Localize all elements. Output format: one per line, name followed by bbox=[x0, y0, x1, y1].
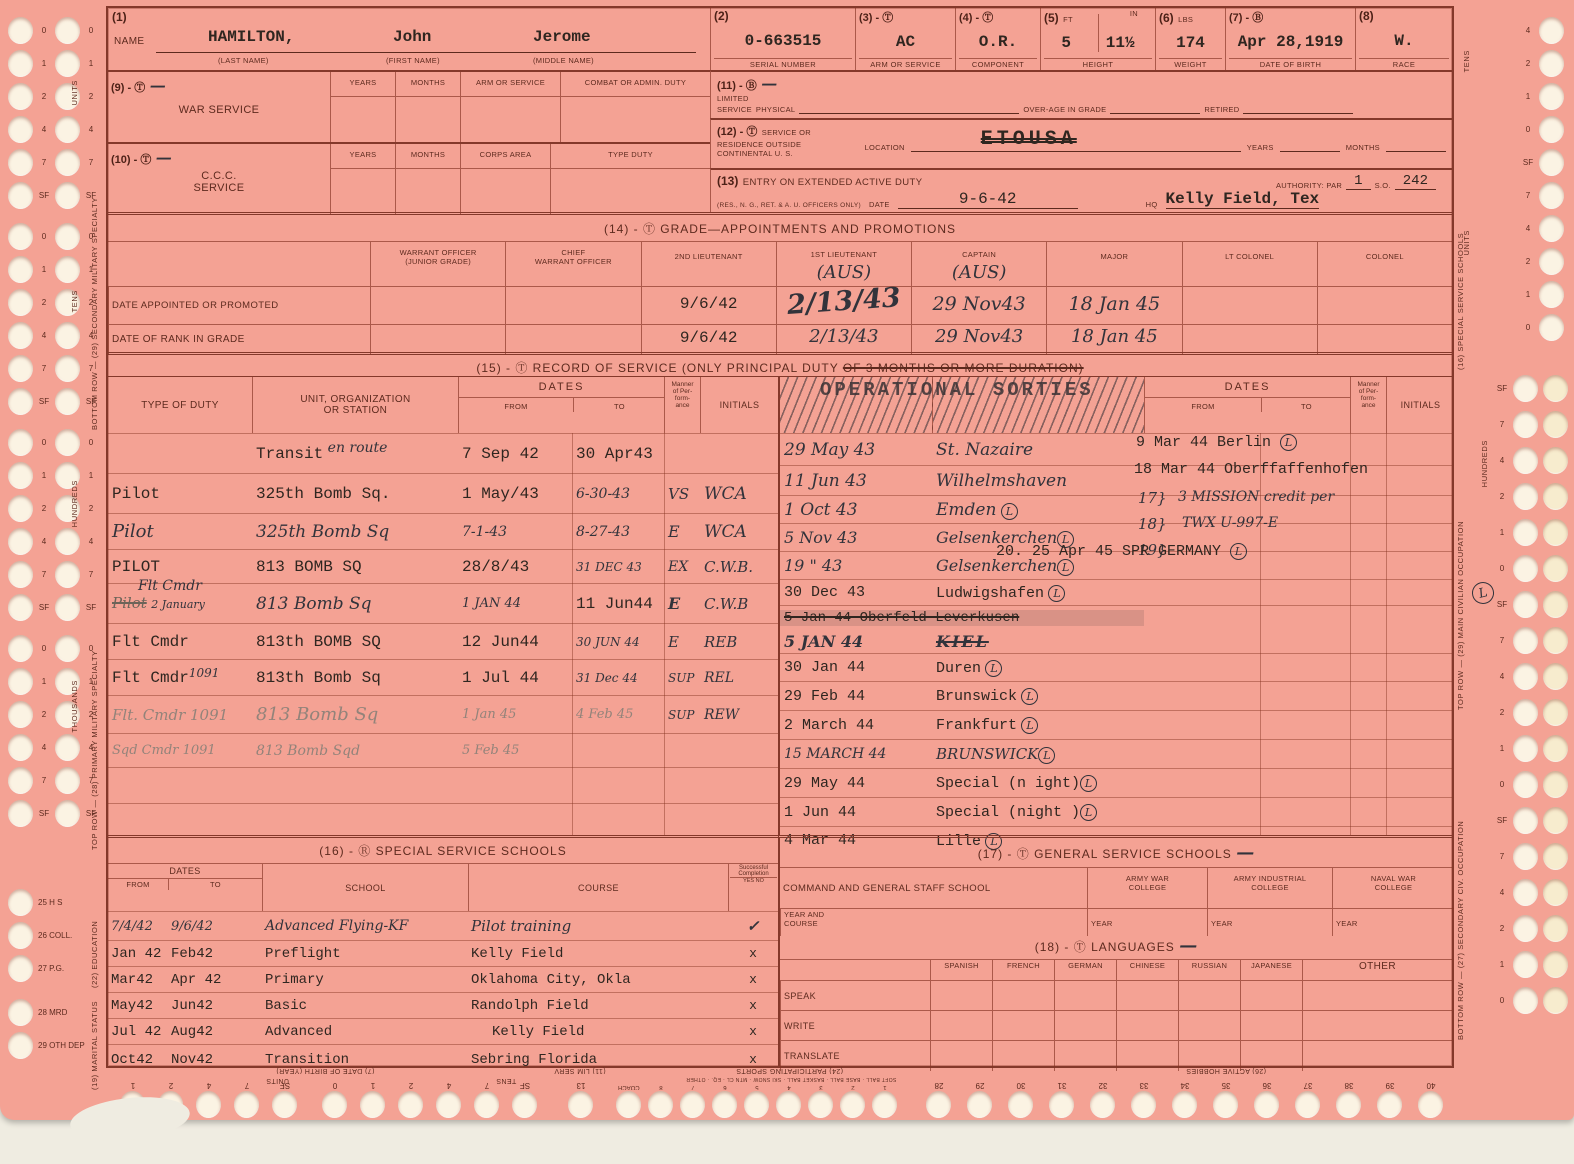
weight-field: (6) LBS 174 WEIGHT bbox=[1155, 8, 1225, 70]
ccc-title-line1: C.C.C. bbox=[111, 170, 327, 182]
hole-digit: SF bbox=[1496, 816, 1508, 825]
punch-hole bbox=[1213, 1091, 1238, 1118]
bottom-sports-holes: COACH87654321 bbox=[616, 1084, 897, 1118]
performance-value: EX bbox=[664, 559, 700, 575]
circled-l-mark: L bbox=[985, 660, 1002, 677]
war-years-header: YEARS bbox=[330, 72, 395, 96]
field-10-number: (10) - Ⓣ bbox=[111, 154, 151, 166]
rank-major: 18 Jan 45 bbox=[1046, 324, 1181, 354]
punch-hole bbox=[1539, 248, 1564, 275]
punch-hole bbox=[1539, 314, 1564, 341]
from-value: 7 Sep 42 bbox=[458, 445, 572, 463]
punch-hole bbox=[8, 495, 33, 522]
hole-digit: 38 bbox=[1343, 1081, 1355, 1090]
from-value: 12 Jun44 bbox=[458, 633, 572, 651]
sortie-date: 29 May 44 bbox=[780, 775, 932, 792]
punch-hole bbox=[1543, 951, 1568, 978]
hole-digit: 0 bbox=[1522, 323, 1534, 332]
chinese-header: CHINESE bbox=[1116, 960, 1178, 980]
school-to: Feb42 bbox=[168, 946, 262, 962]
speak-row-label: SPEAK bbox=[780, 980, 930, 1010]
cgss-header: COMMAND AND GENERAL STAFF SCHOOL bbox=[780, 868, 1087, 908]
appointed-cwo bbox=[505, 286, 640, 324]
unit-value: 813 BOMB SQ bbox=[252, 558, 458, 576]
rank-ltcol bbox=[1182, 324, 1317, 354]
performance-value: E bbox=[664, 633, 700, 651]
rank-colonel bbox=[1317, 324, 1452, 354]
name-first-value: John bbox=[393, 28, 431, 46]
name-label: NAME bbox=[114, 36, 145, 47]
punch-hole bbox=[1539, 149, 1564, 176]
hq-label: HQ bbox=[1146, 200, 1158, 209]
officer-service-record-card: 0011224477SFSF 0011224477SFSF 0011224477… bbox=[0, 0, 1574, 1120]
appointed-1lt: 2/13/43 bbox=[776, 286, 911, 324]
limited-title-line1: LIMITED bbox=[717, 94, 1446, 103]
sortie-date: 2 March 44 bbox=[780, 717, 932, 734]
punch-hole bbox=[55, 116, 80, 143]
hole-digit: 1 bbox=[127, 1081, 139, 1090]
serial-label: SERIAL NUMBER bbox=[714, 58, 852, 69]
ccc-corps-cell bbox=[460, 168, 550, 214]
hole-digit: 7 bbox=[1496, 420, 1508, 429]
grade-header-1lt-label: 1ST LIEUTENANT bbox=[811, 250, 878, 259]
serial-value: 0-663515 bbox=[714, 32, 852, 50]
punch-hole bbox=[1513, 627, 1538, 654]
performance-value: VS bbox=[664, 485, 700, 503]
lang-cell bbox=[992, 980, 1054, 1010]
punch-hole bbox=[55, 767, 80, 794]
hole-digit: 2 bbox=[1496, 708, 1508, 717]
service-row-pilot-325-hw: Pilot 325th Bomb Sq 7-1-43 8-27-43 E WCA bbox=[108, 513, 778, 549]
punch-hole bbox=[55, 322, 80, 349]
sortie-date: 5 JAN 44 bbox=[780, 632, 932, 651]
field-5-number: (5) bbox=[1044, 11, 1059, 25]
hole-digit: 30 bbox=[1015, 1081, 1027, 1090]
punch-hole bbox=[616, 1091, 641, 1118]
hole-digit: 0 bbox=[38, 232, 50, 241]
hole-digit: 0 bbox=[85, 26, 97, 35]
school-from: Jul 42 bbox=[108, 1024, 168, 1040]
unit-value: Transit bbox=[256, 445, 323, 463]
completion-mark: x bbox=[728, 946, 778, 961]
punch-hole bbox=[55, 355, 80, 382]
date-appointed-row-label: DATE APPOINTED OR PROMOTED bbox=[108, 286, 370, 324]
appointed-2lt: 9/6/42 bbox=[641, 286, 776, 324]
dob-value: Apr 28,1919 bbox=[1229, 33, 1352, 51]
war-arm-header: ARM OR SERVICE bbox=[460, 72, 560, 96]
hole-digit: 36 bbox=[1261, 1081, 1273, 1090]
hw-dash: — bbox=[761, 74, 777, 93]
circled-l-mark: L bbox=[1080, 804, 1097, 821]
left-hundreds-holes: 0011224477SFSF bbox=[0, 426, 97, 624]
school-course: Pilot training bbox=[468, 917, 728, 935]
punch-hole bbox=[1543, 375, 1568, 402]
punch-hole bbox=[1539, 281, 1564, 308]
war-months-cell bbox=[395, 96, 460, 144]
component-value: O.R. bbox=[959, 33, 1037, 51]
punch-hole bbox=[8, 561, 33, 588]
completion-column-header: Successful CompletionYES NO bbox=[728, 864, 778, 911]
punch-hole bbox=[1336, 1091, 1361, 1118]
initials-value: REW bbox=[700, 707, 778, 723]
war-service-title-cell: (9) - Ⓣ — WAR SERVICE bbox=[108, 72, 330, 144]
hole-digit: SF bbox=[1522, 158, 1534, 167]
hole-digit: 35 bbox=[1220, 1081, 1232, 1090]
hole-digit: 2 bbox=[38, 504, 50, 513]
dates-header-label: DATES bbox=[459, 377, 664, 397]
punch-hole bbox=[1543, 555, 1568, 582]
hole-digit: 4 bbox=[38, 125, 50, 134]
punch-hole bbox=[8, 17, 33, 44]
hole-digit: 7 bbox=[38, 158, 50, 167]
unit-value: 813 Bomb Sq bbox=[252, 594, 458, 614]
hole-digit: 40 bbox=[1425, 1081, 1437, 1090]
aus-annotation: (AUS) bbox=[817, 262, 872, 283]
outside-years-blank bbox=[1280, 141, 1340, 152]
arm-field: (3) - Ⓣ AC ARM OR SERVICE bbox=[855, 8, 955, 70]
lang-cell bbox=[1240, 980, 1302, 1010]
hole-digit: 4 bbox=[1522, 26, 1534, 35]
ccc-corps-header: CORPS AREA bbox=[460, 144, 550, 168]
mission-18-number: 18} bbox=[1138, 515, 1167, 533]
school-name: Primary bbox=[262, 972, 468, 988]
record-service-table: TYPE OF DUTY UNIT, ORGANIZATION OR STATI… bbox=[108, 376, 778, 835]
school-from: Jan 42 bbox=[108, 946, 168, 962]
unit-value: 813 Bomb Sqd bbox=[252, 743, 458, 759]
war-duty-cell bbox=[560, 96, 710, 144]
hole-digit: 2 bbox=[1522, 59, 1534, 68]
punch-hole bbox=[8, 429, 33, 456]
punch-hole bbox=[1513, 447, 1538, 474]
lbs-label: LBS bbox=[1178, 15, 1193, 24]
punch-hole bbox=[1513, 483, 1538, 510]
sorties-col-divider bbox=[1350, 433, 1351, 835]
grade-corner-cell bbox=[108, 242, 370, 286]
hole-digit: 25 H S bbox=[38, 898, 78, 907]
hole-digit: COACH bbox=[618, 1084, 640, 1090]
hole-digit: SF bbox=[519, 1081, 531, 1090]
service-row-empty bbox=[108, 803, 778, 836]
punch-hole bbox=[1539, 17, 1564, 44]
punch-hole bbox=[8, 149, 33, 176]
field-13-number: (13) bbox=[717, 174, 738, 188]
school-name: Advanced Flying-KF bbox=[262, 918, 468, 934]
hole-digit: 33 bbox=[1138, 1081, 1150, 1090]
hole-digit: SF bbox=[279, 1081, 291, 1090]
height-inches-value: 11½ bbox=[1106, 34, 1135, 52]
arm-label: ARM OR SERVICE bbox=[859, 58, 952, 69]
punch-hole bbox=[1543, 627, 1568, 654]
initials-value: C.W.B. bbox=[700, 558, 778, 576]
punch-hole bbox=[1543, 879, 1568, 906]
record-col-divider bbox=[572, 433, 573, 835]
punch-hole bbox=[1543, 447, 1568, 474]
mission-17-number: 17} bbox=[1138, 489, 1167, 507]
initials-value: WCA bbox=[700, 484, 778, 504]
left-punch-edge: 0011224477SFSF 0011224477SFSF 0011224477… bbox=[0, 0, 106, 1120]
grade-header-captain-label: CAPTAIN bbox=[962, 250, 996, 259]
sortie-target: Special (n ight) bbox=[936, 775, 1080, 792]
war-arm-cell bbox=[460, 96, 560, 144]
hole-digit: 7 bbox=[241, 1081, 253, 1090]
hole-digit: 2 bbox=[1522, 257, 1534, 266]
sortie-date: 5 Nov 43 bbox=[780, 528, 932, 547]
hole-digit: 0 bbox=[1496, 780, 1508, 789]
oberpfaffenhofen-note: 18 Mar 44 Oberffaffenhofen bbox=[1134, 461, 1368, 478]
initials-value: WCA bbox=[700, 522, 778, 542]
dates-header-label: DATES bbox=[1145, 377, 1350, 397]
mission-credit-note-line1: 3 MISSION credit per bbox=[1178, 489, 1334, 505]
punch-hole bbox=[1543, 915, 1568, 942]
punch-hole bbox=[1418, 1091, 1443, 1118]
hole-digit: 2 bbox=[405, 1081, 417, 1090]
height-label: HEIGHT bbox=[1044, 58, 1152, 69]
punch-hole bbox=[8, 955, 33, 982]
sortie-target: Wilhelmshaven bbox=[932, 471, 1144, 491]
ccc-months-header: MONTHS bbox=[395, 144, 460, 168]
sortie-struck-entry: 5 Jan 44 Oberfeld Leverkusen bbox=[780, 610, 1144, 626]
lang-cell bbox=[930, 1010, 992, 1040]
duty-value: Pilot bbox=[108, 521, 252, 542]
outside-service-section: (12) - Ⓣ SERVICE OR RESIDENCE OUTSIDE CO… bbox=[710, 118, 1452, 168]
hole-digit: 0 bbox=[38, 26, 50, 35]
hole-digit: 1 bbox=[1496, 960, 1508, 969]
retired-blank bbox=[1243, 103, 1353, 114]
school-name: Basic bbox=[262, 998, 468, 1014]
race-label: RACE bbox=[1359, 58, 1449, 69]
limited-title-line2: SERVICE bbox=[717, 105, 752, 114]
punch-hole bbox=[8, 462, 33, 489]
to-value: 31 DEC 43 bbox=[572, 560, 664, 574]
outside-months-blank bbox=[1386, 141, 1446, 152]
sortie-target: St. Nazaire bbox=[932, 440, 1144, 460]
field-12-number: (12) - Ⓣ bbox=[717, 126, 757, 138]
entry-subtitle: (RES., N. G., RET. & A. U. OFFICERS ONLY… bbox=[717, 202, 861, 209]
german-header: GERMAN bbox=[1054, 960, 1116, 980]
sortie-row-struck: 5 Jan 44 Oberfeld Leverkusen bbox=[780, 605, 1452, 629]
grade-title: (14) - Ⓣ GRADE—APPOINTMENTS AND PROMOTIO… bbox=[108, 215, 1452, 241]
sorties-dates-header: DATES FROM TO bbox=[1144, 377, 1350, 433]
to-value: 11 Jun44 bbox=[572, 595, 664, 613]
punch-hole bbox=[1513, 591, 1538, 618]
hole-digit: 4 bbox=[1496, 888, 1508, 897]
grade-header-wo-jg: WARRANT OFFICER (JUNIOR GRADE) bbox=[370, 242, 505, 286]
appointed-major: 18 Jan 45 bbox=[1046, 286, 1181, 324]
left-thousands-label: THOUSANDS bbox=[70, 680, 79, 733]
school-course: Oklahoma City, Okla bbox=[468, 972, 728, 988]
hole-digit: 4 bbox=[1496, 456, 1508, 465]
duty-value: Pilot bbox=[108, 485, 252, 503]
punch-hole bbox=[55, 149, 80, 176]
hole-digit: 2 bbox=[38, 92, 50, 101]
circled-l-mark: L bbox=[1021, 717, 1038, 734]
sorties-col-divider bbox=[1386, 433, 1387, 835]
school-to: Aug42 bbox=[168, 1024, 262, 1040]
left-secondary-specialty-label: BOTTOM ROW — (29) SECONDARY MILITARY SPE… bbox=[90, 70, 99, 430]
school-to: Apr 42 bbox=[168, 972, 262, 988]
hole-digit: 26 COLL. bbox=[38, 931, 78, 940]
punch-hole bbox=[1513, 375, 1538, 402]
hole-digit: 1 bbox=[367, 1081, 379, 1090]
appointed-colonel bbox=[1317, 286, 1452, 324]
punch-hole bbox=[1543, 735, 1568, 762]
punch-hole bbox=[1543, 519, 1568, 546]
lang-cell bbox=[1178, 980, 1240, 1010]
punch-hole bbox=[8, 182, 33, 209]
sortie-date: 30 Dec 43 bbox=[780, 584, 932, 601]
rank-1lt: 2/13/43 bbox=[776, 324, 911, 354]
outside-title-line2: RESIDENCE OUTSIDE bbox=[717, 140, 855, 149]
aus-annotation: (AUS) bbox=[952, 262, 1007, 283]
hole-digit: 2 bbox=[38, 710, 50, 719]
left-marital-holes: 28 MRD29 OTH DEP bbox=[0, 996, 85, 1062]
school-to: Jun42 bbox=[168, 998, 262, 1014]
weight-label: WEIGHT bbox=[1159, 58, 1222, 69]
lang-cell bbox=[1178, 1010, 1240, 1040]
grade-header-captain: CAPTAIN(AUS) bbox=[911, 242, 1046, 286]
from-header: FROM bbox=[1145, 398, 1261, 412]
punch-hole bbox=[840, 1091, 865, 1118]
arm-value: AC bbox=[859, 33, 952, 51]
punch-hole bbox=[967, 1091, 992, 1118]
rank-wo-jg bbox=[370, 324, 505, 354]
active-hobbies-label: (26) ACTIVE HOBBIES bbox=[1186, 1067, 1266, 1074]
languages-corner-cell bbox=[780, 960, 930, 980]
punch-hole bbox=[55, 561, 80, 588]
duty-date-annotation: 2 January bbox=[151, 598, 205, 611]
limited-service-section: (11) - Ⓑ — LIMITED SERVICE PHYSICAL OVER… bbox=[710, 70, 1452, 118]
completion-header-label: Successful Completion bbox=[730, 865, 777, 877]
ccc-service-section: (10) - Ⓣ — C.C.C. SERVICE YEARS MONTHS C… bbox=[108, 142, 710, 212]
punch-hole bbox=[8, 668, 33, 695]
sortie-date: 15 MARCH 44 bbox=[780, 746, 932, 762]
hole-digit: 7 bbox=[38, 364, 50, 373]
from-header: FROM bbox=[459, 398, 573, 412]
war-service-section: (9) - Ⓣ — WAR SERVICE YEARS MONTHS ARM O… bbox=[108, 70, 710, 142]
field-11-number: (11) - Ⓑ bbox=[717, 80, 757, 92]
name-last-value: HAMILTON, bbox=[208, 28, 294, 46]
punch-hole bbox=[55, 388, 80, 415]
punch-hole bbox=[1513, 915, 1538, 942]
to-value: 31 Dec 44 bbox=[572, 671, 664, 685]
from-value: 1 Jan 45 bbox=[458, 707, 572, 722]
right-main-occupation-label: TOP ROW — (29) MAIN CIVILIAN OCCUPATION bbox=[1456, 390, 1465, 710]
hole-digit: 4 bbox=[443, 1081, 455, 1090]
sortie-date: 19 " 43 bbox=[780, 556, 932, 575]
hole-digit: SF bbox=[38, 809, 50, 818]
punch-hole bbox=[1513, 411, 1538, 438]
grade-header-ltcol: LT COLONEL bbox=[1182, 242, 1317, 286]
bottom-lim-serv-hole: 13 bbox=[568, 1081, 593, 1118]
service-row-transit: Transit en route 7 Sep 42 30 Apr43 bbox=[108, 433, 778, 473]
hole-digit: 4 bbox=[1522, 224, 1534, 233]
hq-value: Kelly Field, Tex bbox=[1166, 190, 1320, 209]
punch-hole bbox=[1513, 735, 1538, 762]
from-value: 7-1-43 bbox=[458, 524, 572, 540]
punch-hole bbox=[1513, 843, 1538, 870]
hole-digit: 1 bbox=[38, 265, 50, 274]
schools-dates-label: DATES bbox=[108, 864, 262, 878]
first-name-sublabel: (FIRST NAME) bbox=[386, 56, 440, 65]
punch-hole bbox=[1090, 1091, 1115, 1118]
hole-digit: SF bbox=[1496, 600, 1508, 609]
circled-l-mark: L bbox=[1021, 688, 1038, 705]
war-years-cell bbox=[330, 96, 395, 144]
punch-hole bbox=[8, 256, 33, 283]
operational-sorties-table: DATES FROM TO Manner of Per- form- ance … bbox=[778, 376, 1452, 835]
appointed-1lt-value: 2/13/43 bbox=[786, 282, 902, 321]
school-row: May42 Jun42 Basic Randolph Field x bbox=[108, 992, 778, 1018]
hole-digit: 4 bbox=[38, 537, 50, 546]
grade-header-cwo: CHIEF WARRANT OFFICER bbox=[505, 242, 640, 286]
punch-hole bbox=[1539, 83, 1564, 110]
general-schools-title: (17) - Ⓣ GENERAL SERVICE SCHOOLS bbox=[978, 847, 1232, 861]
punch-hole bbox=[8, 388, 33, 415]
yes-no-label: YES NO bbox=[730, 877, 777, 884]
circled-l-mark: L bbox=[1230, 543, 1247, 560]
bottom-dob-tens-holes: 01247SF bbox=[322, 1081, 537, 1118]
entry-date-value: 9-6-42 bbox=[959, 190, 1017, 208]
punch-hole bbox=[1172, 1091, 1197, 1118]
sortie-target: Frankfurt bbox=[936, 717, 1017, 734]
school-from: May42 bbox=[108, 998, 168, 1014]
school-column-header: SCHOOL bbox=[262, 864, 468, 911]
punch-hole bbox=[322, 1091, 347, 1118]
circled-l-mark: L bbox=[1038, 747, 1055, 764]
performance-value: SUP bbox=[664, 671, 700, 685]
hole-digit: 1 bbox=[1496, 528, 1508, 537]
hole-digit: 4 bbox=[38, 331, 50, 340]
outside-title-line1: SERVICE OR bbox=[762, 128, 811, 137]
overage-blank bbox=[1110, 103, 1200, 114]
physical-label: PHYSICAL bbox=[756, 105, 796, 114]
hole-digit: 34 bbox=[1179, 1081, 1191, 1090]
field-4-number: (4) - Ⓣ bbox=[959, 9, 1037, 25]
punch-hole bbox=[680, 1091, 705, 1118]
identity-row: (1) NAME HAMILTON, John Jerome (LAST NAM… bbox=[108, 8, 1452, 70]
hole-digit: 1 bbox=[879, 1084, 891, 1090]
hw-dash: — bbox=[1236, 842, 1254, 863]
hole-digit: 7 bbox=[687, 1084, 699, 1090]
initials-value: REB bbox=[700, 633, 778, 651]
name-underline bbox=[156, 52, 696, 53]
punch-hole bbox=[1543, 663, 1568, 690]
field-2-number: (2) bbox=[714, 9, 852, 23]
hole-digit: 7 bbox=[38, 570, 50, 579]
right-secondary-occupation-label: BOTTOM ROW — (27) SECONDARY CIV. OCCUPAT… bbox=[1456, 720, 1465, 1040]
lang-cell bbox=[930, 980, 992, 1010]
sortie-target: KIEL bbox=[932, 632, 1144, 651]
dob-label: DATE OF BIRTH bbox=[1229, 58, 1352, 69]
sortie-row: 15 MARCH 44 BRUNSWICKL bbox=[780, 739, 1452, 768]
hole-digit: 4 bbox=[203, 1081, 215, 1090]
record-title-struck: OF 3 MONTHS OR MORE DURATION) bbox=[843, 361, 1084, 375]
hole-digit: 4 bbox=[38, 743, 50, 752]
school-row: Mar42 Apr 42 Primary Oklahoma City, Okla… bbox=[108, 966, 778, 992]
languages-title: (18) - Ⓣ LANGUAGES bbox=[1035, 940, 1175, 954]
retired-label: RETIRED bbox=[1204, 105, 1239, 114]
lim-serv-label: (11) LIM SERV bbox=[554, 1067, 606, 1074]
race-field: (8) W. RACE bbox=[1355, 8, 1452, 70]
entry-title: ENTRY ON EXTENDED ACTIVE DUTY bbox=[743, 177, 923, 188]
sortie-date: 30 Jan 44 bbox=[780, 659, 932, 676]
initials-column-header: INITIALS bbox=[1386, 377, 1454, 433]
punch-hole bbox=[1377, 1091, 1402, 1118]
punch-hole bbox=[8, 1032, 33, 1059]
grade-header-2lt: 2ND LIEUTENANT bbox=[641, 242, 776, 286]
field-7-number: (7) - Ⓑ bbox=[1229, 9, 1352, 25]
hole-digit: SF bbox=[38, 397, 50, 406]
